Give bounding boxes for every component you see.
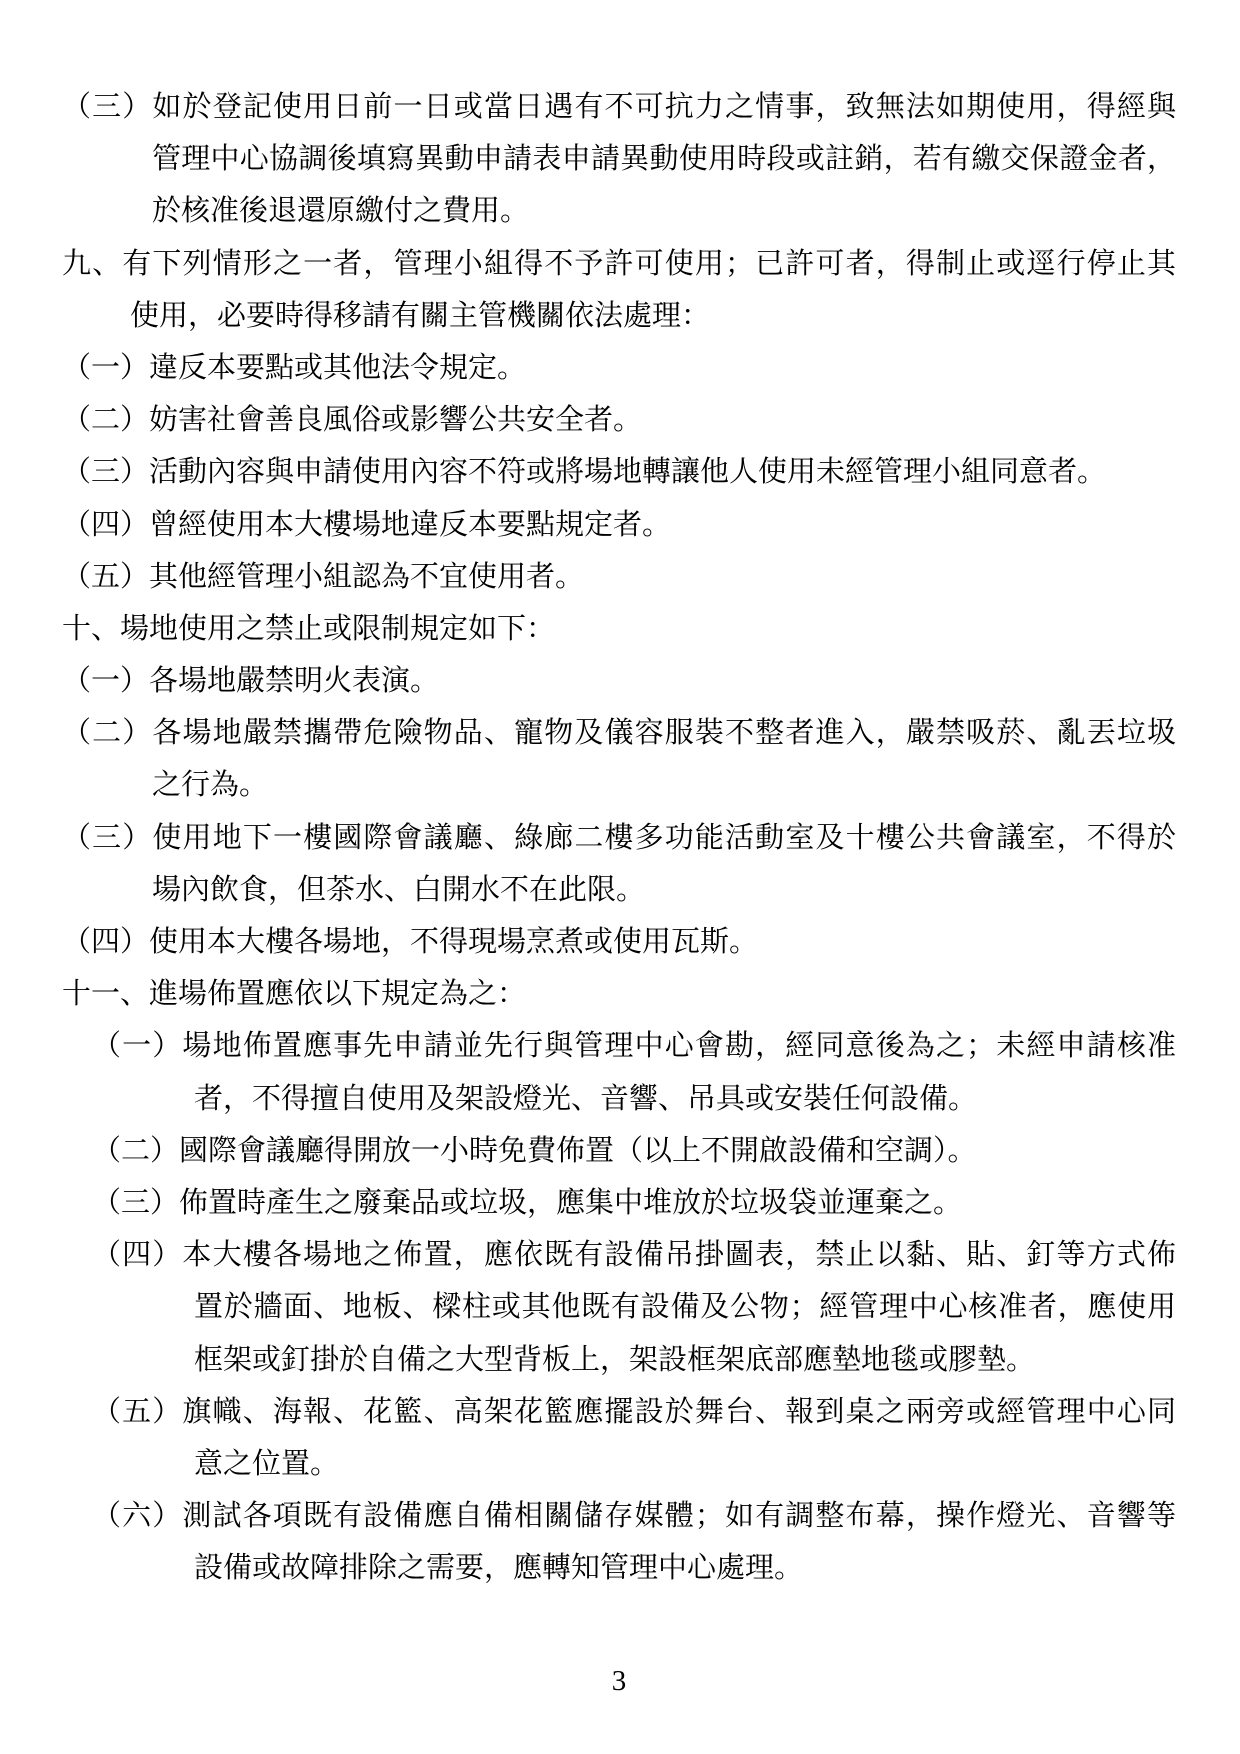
doc-line: 意之位置。 bbox=[62, 1438, 1176, 1490]
doc-line: （一）違反本要點或其他法令規定。 bbox=[62, 342, 1176, 394]
doc-line: 十、場地使用之禁止或限制規定如下： bbox=[62, 603, 1176, 655]
doc-line: 九、有下列情形之一者，管理小組得不予許可使用；已許可者，得制止或逕行停止其 bbox=[62, 238, 1176, 290]
doc-line: （五）其他經管理小組認為不宜使用者。 bbox=[62, 551, 1176, 603]
doc-line: （一）各場地嚴禁明火表演。 bbox=[62, 655, 1176, 707]
doc-line: 於核准後退還原繳付之費用。 bbox=[62, 185, 1176, 237]
doc-line: 者，不得擅自使用及架設燈光、音響、吊具或安裝任何設備。 bbox=[62, 1073, 1176, 1125]
doc-line: 管理中心協調後填寫異動申請表申請異動使用時段或註銷，若有繳交保證金者， bbox=[62, 133, 1176, 185]
document-body: （三）如於登記使用日前一日或當日遇有不可抗力之情事，致無法如期使用，得經與 管理… bbox=[62, 81, 1176, 1594]
doc-line: （三）活動內容與申請使用內容不符或將場地轉讓他人使用未經管理小組同意者。 bbox=[62, 446, 1176, 498]
doc-line: （四）使用本大樓各場地，不得現場烹煮或使用瓦斯。 bbox=[62, 916, 1176, 968]
doc-line: （三）佈置時產生之廢棄品或垃圾，應集中堆放於垃圾袋並運棄之。 bbox=[62, 1177, 1176, 1229]
doc-line: 置於牆面、地板、樑柱或其他既有設備及公物；經管理中心核准者，應使用 bbox=[62, 1281, 1176, 1333]
doc-line: （三）如於登記使用日前一日或當日遇有不可抗力之情事，致無法如期使用，得經與 bbox=[62, 81, 1176, 133]
doc-line: （四）曾經使用本大樓場地違反本要點規定者。 bbox=[62, 499, 1176, 551]
doc-line: 使用，必要時得移請有關主管機關依法處理： bbox=[62, 290, 1176, 342]
doc-line: （二）國際會議廳得開放一小時免費佈置（以上不開啟設備和空調）。 bbox=[62, 1125, 1176, 1177]
doc-line: 之行為。 bbox=[62, 759, 1176, 811]
doc-line: （一）場地佈置應事先申請並先行與管理中心會勘，經同意後為之；未經申請核准 bbox=[62, 1020, 1176, 1072]
doc-line: （四）本大樓各場地之佈置，應依既有設備吊掛圖表，禁止以黏、貼、釘等方式佈 bbox=[62, 1229, 1176, 1281]
doc-line: 設備或故障排除之需要，應轉知管理中心處理。 bbox=[62, 1542, 1176, 1594]
doc-line: （三）使用地下一樓國際會議廳、綠廊二樓多功能活動室及十樓公共會議室，不得於 bbox=[62, 812, 1176, 864]
document-page: （三）如於登記使用日前一日或當日遇有不可抗力之情事，致無法如期使用，得經與 管理… bbox=[0, 0, 1240, 1754]
page-number: 3 bbox=[62, 1655, 1176, 1707]
doc-line: （二）妨害社會善良風俗或影響公共安全者。 bbox=[62, 394, 1176, 446]
doc-line: （六）測試各項既有設備應自備相關儲存媒體；如有調整布幕，操作燈光、音響等 bbox=[62, 1490, 1176, 1542]
doc-line: （二）各場地嚴禁攜帶危險物品、寵物及儀容服裝不整者進入，嚴禁吸菸、亂丟垃圾 bbox=[62, 707, 1176, 759]
doc-line: 場內飲食，但茶水、白開水不在此限。 bbox=[62, 864, 1176, 916]
doc-line: 十一、進場佈置應依以下規定為之： bbox=[62, 968, 1176, 1020]
doc-line: （五）旗幟、海報、花籃、高架花籃應擺設於舞台、報到桌之兩旁或經管理中心同 bbox=[62, 1386, 1176, 1438]
doc-line: 框架或釘掛於自備之大型背板上，架設框架底部應墊地毯或膠墊。 bbox=[62, 1334, 1176, 1386]
